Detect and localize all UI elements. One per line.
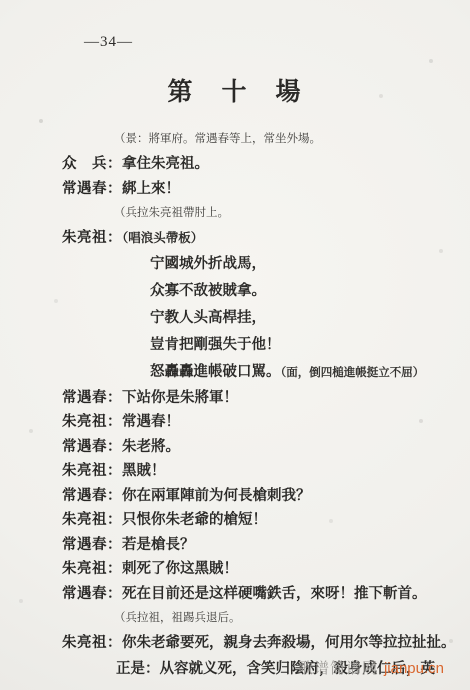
speaker-name: 常遇春：	[62, 181, 122, 197]
stage-direction: （兵拉朱亮祖帶肘上。	[62, 203, 448, 228]
dialogue-line: 常遇春：你在兩軍陣前为何長槍刺我？	[62, 486, 448, 511]
watermark-site-name: 歌谱简谱网	[298, 660, 378, 677]
verse-text: 宁國城外折战馬，	[150, 256, 266, 272]
speaker-name: 朱亮祖：	[62, 414, 122, 430]
dialogue-text: 死在目前还是这样硬嘴鉄舌，來呀！推下斬首。	[122, 586, 427, 602]
dialogue-text: （唱浪头帶板）	[122, 231, 203, 245]
dialogue-line: 常遇春：綁上來！	[62, 179, 448, 204]
dialogue-line: 朱亮祖：常遇春！	[62, 412, 448, 437]
verse-line: 怒轟轟進帳破口駡。（面，倒四槌進帳挺立不屈）	[62, 361, 448, 388]
dialogue-line: 常遇春：朱老將。	[62, 437, 448, 462]
dialogue-text: 刺死了你这黑賊！	[122, 561, 238, 577]
watermark-url: jianpu.cn	[384, 660, 444, 677]
verse-text: 怒轟轟進帳破口駡。	[150, 364, 281, 380]
dialogue-text: 下站你是朱將軍！	[122, 390, 238, 406]
act-title: 第 十 場	[0, 72, 470, 108]
verse-line: 宁國城外折战馬，	[62, 253, 448, 280]
dialogue-text: 你朱老爺要死，親身去奔殺場，何用尔等拉拉扯扯。	[122, 635, 456, 651]
dialogue-line: 常遇春：若是槍長？	[62, 535, 448, 560]
speaker-name: 常遇春：	[62, 390, 122, 406]
dialogue-line: 众 兵：拿住朱亮祖。	[62, 154, 448, 179]
page-number: —34—	[84, 34, 133, 51]
speaker-name: 朱亮祖：	[62, 635, 122, 651]
dialogue-line: 朱亮祖：（唱浪头帶板）	[62, 228, 448, 253]
speaker-name: 众 兵：	[62, 156, 122, 172]
script-body: （景：將軍府。常遇春等上，常坐外場。众 兵：拿住朱亮祖。常遇春：綁上來！（兵拉朱…	[62, 129, 448, 683]
speaker-name: 常遇春：	[62, 537, 122, 553]
stage-direction: （景：將軍府。常遇春等上，常坐外場。	[62, 129, 448, 154]
verse-text: 豈肯把剛强失于他！	[150, 337, 281, 353]
watermark: 歌谱简谱网jianpu.cn	[0, 657, 444, 678]
dialogue-line: 朱亮祖：刺死了你这黑賊！	[62, 559, 448, 584]
verse-line: 众寡不敌被賊拿。	[62, 280, 448, 307]
dialogue-text: 只恨你朱老爺的槍短！	[122, 512, 267, 528]
dialogue-line: 常遇春：下站你是朱將軍！	[62, 388, 448, 413]
dialogue-line: 常遇春：死在目前还是这样硬嘴鉄舌，來呀！推下斬首。	[62, 584, 448, 609]
speaker-name: 朱亮祖：	[62, 561, 122, 577]
dialogue-text: 常遇春！	[122, 414, 180, 430]
dialogue-text: 拿住朱亮祖。	[122, 156, 209, 172]
verse-line: 豈肯把剛强失于他！	[62, 334, 448, 361]
speaker-name: 朱亮祖：	[62, 512, 122, 528]
verse-text: 众寡不敌被賊拿。	[150, 283, 266, 299]
verse-text: 宁教人头高桿挂，	[150, 310, 266, 326]
dialogue-text: 你在兩軍陣前为何長槍刺我？	[122, 488, 311, 504]
dialogue-line: 朱亮祖：只恨你朱老爺的槍短！	[62, 510, 448, 535]
speaker-name: 常遇春：	[62, 439, 122, 455]
speaker-name: 朱亮祖：	[62, 230, 122, 246]
dialogue-text: 朱老將。	[122, 439, 180, 455]
scan-noise	[0, 0, 2, 2]
dialogue-text: 綁上來！	[122, 181, 180, 197]
dialogue-text: 黑賊！	[122, 463, 166, 479]
dialogue-text: 若是槍長？	[122, 537, 195, 553]
stage-direction: （兵拉祖，祖踢兵退后。	[62, 608, 448, 633]
verse-line: 宁教人头高桿挂，	[62, 307, 448, 334]
speaker-name: 常遇春：	[62, 488, 122, 504]
dialogue-line: 朱亮祖：你朱老爺要死，親身去奔殺場，何用尔等拉拉扯扯。	[62, 633, 448, 658]
scanned-script-page: —34— 第 十 場 （景：將軍府。常遇春等上，常坐外場。众 兵：拿住朱亮祖。常…	[0, 0, 470, 690]
verse-stage-note: （面，倒四槌進帳挺立不屈）	[281, 367, 425, 379]
dialogue-line: 朱亮祖：黑賊！	[62, 461, 448, 486]
speaker-name: 朱亮祖：	[62, 463, 122, 479]
speaker-name: 常遇春：	[62, 586, 122, 602]
